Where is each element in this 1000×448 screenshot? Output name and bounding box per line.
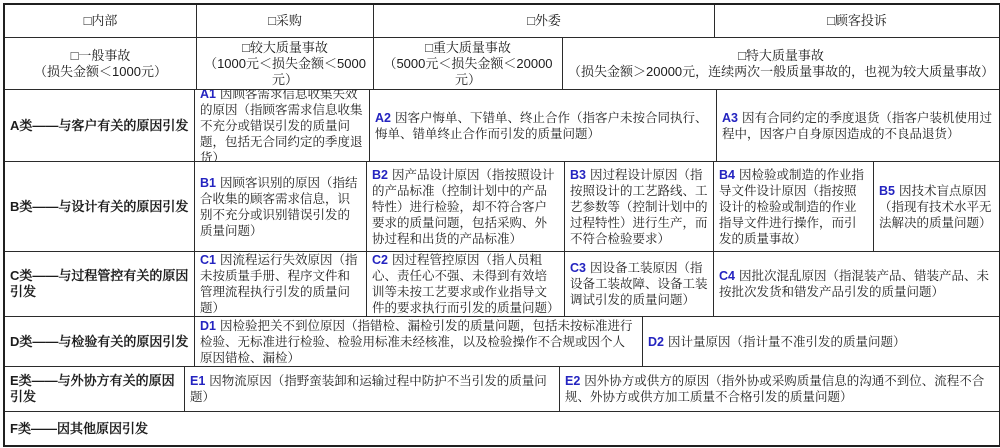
type-outsourced-cell: □外委 [374, 5, 715, 37]
severity-general-cell: □一般事故 （损失金额＜1000元） [5, 38, 197, 89]
row-a-category-label: A类——与客户有关的原因引发 [10, 118, 189, 134]
row-f-other-causes: F类——因其他原因引发 [5, 412, 999, 445]
code-c1: C1 [200, 253, 216, 267]
type-customer-complaint-cell: □顾客投诉 [715, 5, 999, 37]
type-customer-complaint-label: □顾客投诉 [827, 13, 887, 29]
text-c2: 因过程管控原因（指人员粗心、责任心不强、未得到有效培训等未按工艺要求或作业指导文… [372, 253, 560, 315]
text-c4: 因批次混乱原因（指混装产品、错装产品、未按批次发货和错发产品引发的质量问题） [719, 269, 989, 299]
row-c-category-label: C类——与过程管控有关的原因引发 [10, 268, 189, 300]
code-b1: B1 [200, 176, 216, 190]
type-outsourced-label: □外委 [527, 13, 561, 29]
code-b4: B4 [719, 168, 735, 182]
row-e-category: E类——与外协方有关的原因引发 [5, 367, 185, 411]
cell-d1: D1因检验把关不到位原因（指错检、漏检引发的质量问题，包括未按标准进行检验、无标… [195, 317, 643, 366]
type-internal-cell: □内部 [5, 5, 197, 37]
row-d-category-label: D类——与检验有关的原因引发 [10, 334, 189, 350]
row-f-category: F类——因其他原因引发 [5, 412, 999, 445]
cell-a2: A2因客户悔单、下错单、终止合作（指客户未按合同执行、悔单、错单终止合作而引发的… [370, 90, 717, 161]
text-e2: 因外协方或供方的原因（指外协或采购质量信息的沟通不到位、流程不合规、外协方或供方… [565, 374, 984, 404]
row-d-category: D类——与检验有关的原因引发 [5, 317, 195, 366]
severity-extra-major-title: □特大质量事故 [738, 48, 824, 64]
code-a2: A2 [375, 111, 391, 125]
row-b-design-causes: B类——与设计有关的原因引发 B1因顾客识别的原因（指结合收集的顾客需求信息，识… [5, 162, 999, 252]
cell-b2: B2因产品设计原因（指按照设计的产品标准（控制计划中的产品特性）进行检验，却不符… [367, 162, 565, 251]
row-a-customer-causes: A类——与客户有关的原因引发 A1因顾客需求信息收集失效的原因（指顾客需求信息收… [5, 90, 999, 162]
text-c1: 因流程运行失效原因（指未按质量手册、程序文件和管理流程执行引发的质量问题） [200, 253, 358, 315]
cell-e1: E1因物流原因（指野蛮装卸和运输过程中防护不当引发的质量问题） [185, 367, 560, 411]
code-a3: A3 [722, 111, 738, 125]
row-e-category-label: E类——与外协方有关的原因引发 [10, 373, 179, 405]
cell-b4: B4因检验或制造的作业指导文件设计原因（指按照设计的检验或制造的作业指导文件进行… [714, 162, 874, 251]
severity-major-cell: □重大质量事故 （5000元＜损失金额＜20000元） [374, 38, 563, 89]
cell-c2: C2因过程管控原因（指人员粗心、责任心不强、未得到有效培训等未按工艺要求或作业指… [367, 252, 565, 316]
text-b4: 因检验或制造的作业指导文件设计原因（指按照设计的检验或制造的作业指导文件进行操作… [719, 168, 864, 246]
severity-general-title: □一般事故 [71, 48, 131, 64]
cell-c1: C1因流程运行失效原因（指未按质量手册、程序文件和管理流程执行引发的质量问题） [195, 252, 367, 316]
incident-type-header-row: □内部 □采购 □外委 □顾客投诉 [5, 5, 999, 38]
code-c4: C4 [719, 269, 735, 283]
quality-incident-classification-table: □内部 □采购 □外委 □顾客投诉 □一般事故 （损失金额＜1000元） □较大… [3, 3, 1000, 447]
severity-general-range: （损失金额＜1000元） [34, 64, 167, 80]
cell-b3: B3因过程设计原因（指按照设计的工艺路线、工艺参数等（控制计划中的过程特性）进行… [565, 162, 714, 251]
text-a2: 因客户悔单、下错单、终止合作（指客户未按合同执行、悔单、错单终止合作而引发的质量… [375, 111, 708, 141]
cell-c3: C3因设备工装原因（指设备工装故障、设备工装调试引发的质量问题） [565, 252, 714, 316]
cell-e2: E2因外协方或供方的原因（指外协或采购质量信息的沟通不到位、流程不合规、外协方或… [560, 367, 999, 411]
code-c3: C3 [570, 261, 586, 275]
severity-larger-cell: □较大质量事故 （1000元＜损失金额＜5000元） [197, 38, 374, 89]
code-b2: B2 [372, 168, 388, 182]
severity-extra-major-range: （损失金额＞20000元，连续两次一般质量事故的，也视为较大质量事故） [568, 64, 994, 80]
code-b5: B5 [879, 184, 895, 198]
cell-b5: B5因技术盲点原因（指现有技术水平无法解决的质量问题） [874, 162, 999, 251]
severity-larger-title: □较大质量事故 [242, 40, 328, 56]
cell-b1: B1因顾客识别的原因（指结合收集的顾客需求信息，识别不充分或识别错误引发的质量问… [195, 162, 367, 251]
code-e1: E1 [190, 374, 205, 388]
row-a-category: A类——与客户有关的原因引发 [5, 90, 195, 161]
code-d1: D1 [200, 319, 216, 333]
type-purchase-label: □采购 [268, 13, 302, 29]
cell-a1: A1因顾客需求信息收集失效的原因（指顾客需求信息收集不充分或错误引发的质量问题，… [195, 90, 370, 161]
severity-header-row: □一般事故 （损失金额＜1000元） □较大质量事故 （1000元＜损失金额＜5… [5, 38, 999, 90]
row-c-process-control-causes: C类——与过程管控有关的原因引发 C1因流程运行失效原因（指未按质量手册、程序文… [5, 252, 999, 317]
row-b-category-label: B类——与设计有关的原因引发 [10, 199, 189, 215]
type-purchase-cell: □采购 [197, 5, 374, 37]
text-b1: 因顾客识别的原因（指结合收集的顾客需求信息，识别不充分或识别错误引发的质量问题） [200, 176, 358, 238]
code-a1: A1 [200, 90, 216, 101]
severity-major-range: （5000元＜损失金额＜20000元） [379, 56, 557, 88]
severity-major-title: □重大质量事故 [425, 40, 511, 56]
text-a1: 因顾客需求信息收集失效的原因（指顾客需求信息收集不充分或错误引发的质量问题，包括… [200, 90, 363, 161]
code-d2: D2 [648, 335, 664, 349]
row-c-category: C类——与过程管控有关的原因引发 [5, 252, 195, 316]
type-internal-label: □内部 [84, 13, 118, 29]
code-e2: E2 [565, 374, 580, 388]
text-a3: 因有合同约定的季度退货（指客户装机使用过程中，因客户自身原因造成的不良品退货） [722, 111, 992, 141]
cell-a3: A3因有合同约定的季度退货（指客户装机使用过程中，因客户自身原因造成的不良品退货… [717, 90, 999, 161]
row-d-inspection-causes: D类——与检验有关的原因引发 D1因检验把关不到位原因（指错检、漏检引发的质量问… [5, 317, 999, 367]
text-b3: 因过程设计原因（指按照设计的工艺路线、工艺参数等（控制计划中的过程特性）进行生产… [570, 168, 708, 246]
text-d2: 因计量原因（指计量不准引发的质量问题） [668, 335, 906, 349]
text-b2: 因产品设计原因（指按照设计的产品标准（控制计划中的产品特性）进行检验，却不符合客… [372, 168, 555, 246]
code-b3: B3 [570, 168, 586, 182]
text-d1: 因检验把关不到位原因（指错检、漏检引发的质量问题，包括未按标准进行检验、无标准进… [200, 319, 633, 365]
severity-extra-major-cell: □特大质量事故 （损失金额＞20000元，连续两次一般质量事故的，也视为较大质量… [563, 38, 999, 89]
row-e-external-party-causes: E类——与外协方有关的原因引发 E1因物流原因（指野蛮装卸和运输过程中防护不当引… [5, 367, 999, 412]
cell-d2: D2因计量原因（指计量不准引发的质量问题） [643, 317, 999, 366]
row-f-category-label: F类——因其他原因引发 [10, 421, 994, 437]
row-b-category: B类——与设计有关的原因引发 [5, 162, 195, 251]
text-c3: 因设备工装原因（指设备工装故障、设备工装调试引发的质量问题） [570, 261, 708, 307]
text-e1: 因物流原因（指野蛮装卸和运输过程中防护不当引发的质量问题） [190, 374, 547, 404]
code-c2: C2 [372, 253, 388, 267]
severity-larger-range: （1000元＜损失金额＜5000元） [202, 56, 368, 88]
text-b5: 因技术盲点原因（指现有技术水平无法解决的质量问题） [879, 184, 992, 230]
cell-c4: C4因批次混乱原因（指混装产品、错装产品、未按批次发货和错发产品引发的质量问题） [714, 252, 999, 316]
